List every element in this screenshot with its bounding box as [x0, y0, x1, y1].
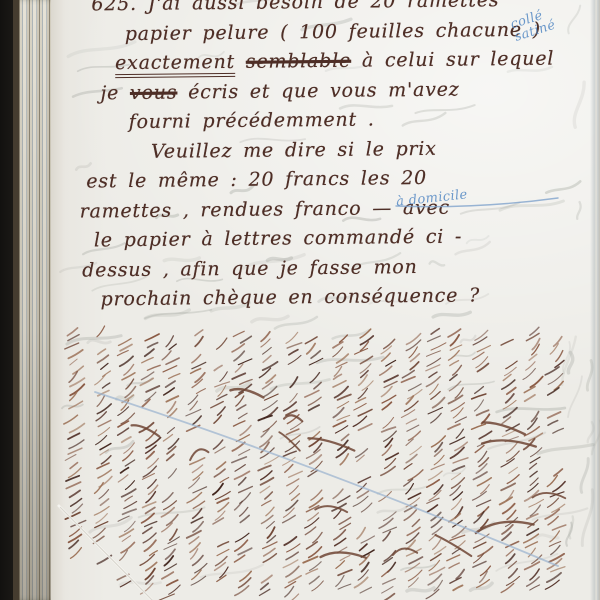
manuscript-text-segment: papier pelure ( 100 feuilles chacune ): [125, 18, 541, 44]
manuscript-text-segment: exactement: [115, 51, 235, 78]
manuscript-text-segment: dessus , afin que je fasse mon: [82, 256, 418, 282]
manuscript-text-segment: ramettes , rendues franco — avec: [80, 196, 451, 222]
manuscript-line: exactement semblable à celui sur lequel: [115, 44, 595, 79]
scanned-notebook-photo: 625. J'ai aussi besoin de 20 ramettespap…: [0, 0, 600, 600]
manuscript-line: prochain chèque en conséquence ?: [100, 280, 597, 315]
manuscript-text-segment: 625. J'ai aussi besoin de 20 ramettes: [91, 0, 499, 15]
manuscript-text-segment: fourni précédemment .: [129, 108, 375, 133]
manuscript-text-segment: [235, 51, 246, 73]
manuscript-text-segment: le papier à lettres commandé ci -: [94, 226, 462, 252]
manuscript-text-block: 625. J'ai aussi besoin de 20 ramettespap…: [49, 0, 597, 315]
manuscript-text-segment: Veuillez me dire si le prix: [151, 137, 437, 162]
manuscript-line: Veuillez me dire si le prix: [151, 133, 596, 167]
manuscript-text-segment: est le même : 20 francs les 20: [86, 167, 427, 193]
manuscript-text-segment: prochain chèque en conséquence ?: [100, 284, 480, 310]
manuscript-text-segment: je: [100, 82, 130, 104]
manuscript-text-segment: vous: [130, 81, 178, 103]
manuscript-text-segment: à celui sur lequel: [351, 48, 554, 72]
manuscript-text-segment: écris et que vous m'avez: [177, 78, 459, 103]
manuscript-text-segment: semblable: [246, 50, 351, 73]
